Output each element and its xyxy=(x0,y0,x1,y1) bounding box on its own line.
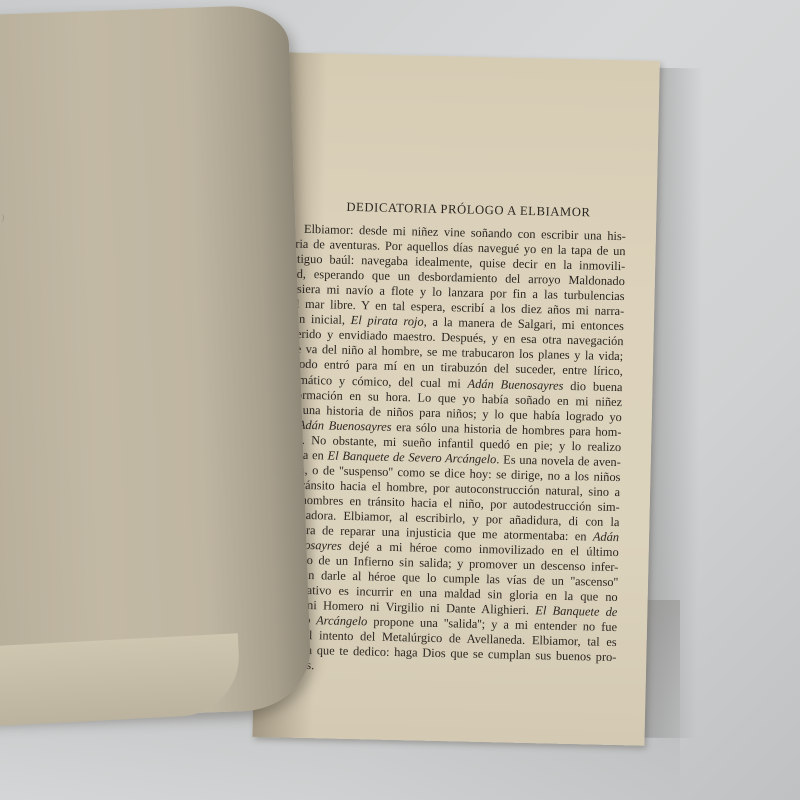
italic-title: El pirata rojo xyxy=(351,313,424,329)
body-paragraph: Elbiamor: desde mi niñez vine soñando co… xyxy=(276,222,626,681)
italic-title: El Banquete de xyxy=(535,603,617,619)
chapter-heading: DEDICATORIA PRÓLOGO A ELBIAMOR xyxy=(286,198,626,221)
italic-title: Adán Buenosayres xyxy=(298,417,392,433)
italic-title: Adán Buenosayres xyxy=(467,376,563,392)
right-book-page: DEDICATORIA PRÓLOGO A ELBIAMOR Elbiamor:… xyxy=(252,52,659,746)
left-book-page-curled: ( Elbiamor ) xyxy=(0,4,312,720)
page-text-block: DEDICATORIA PRÓLOGO A ELBIAMOR Elbiamor:… xyxy=(276,198,627,680)
italic-title: Adán xyxy=(593,529,619,544)
text-run: . Es una novela de aven- xyxy=(496,452,621,469)
left-page-bleed-through-text: ( Elbiamor ) xyxy=(0,212,5,228)
text-run: dio buena xyxy=(563,378,622,393)
